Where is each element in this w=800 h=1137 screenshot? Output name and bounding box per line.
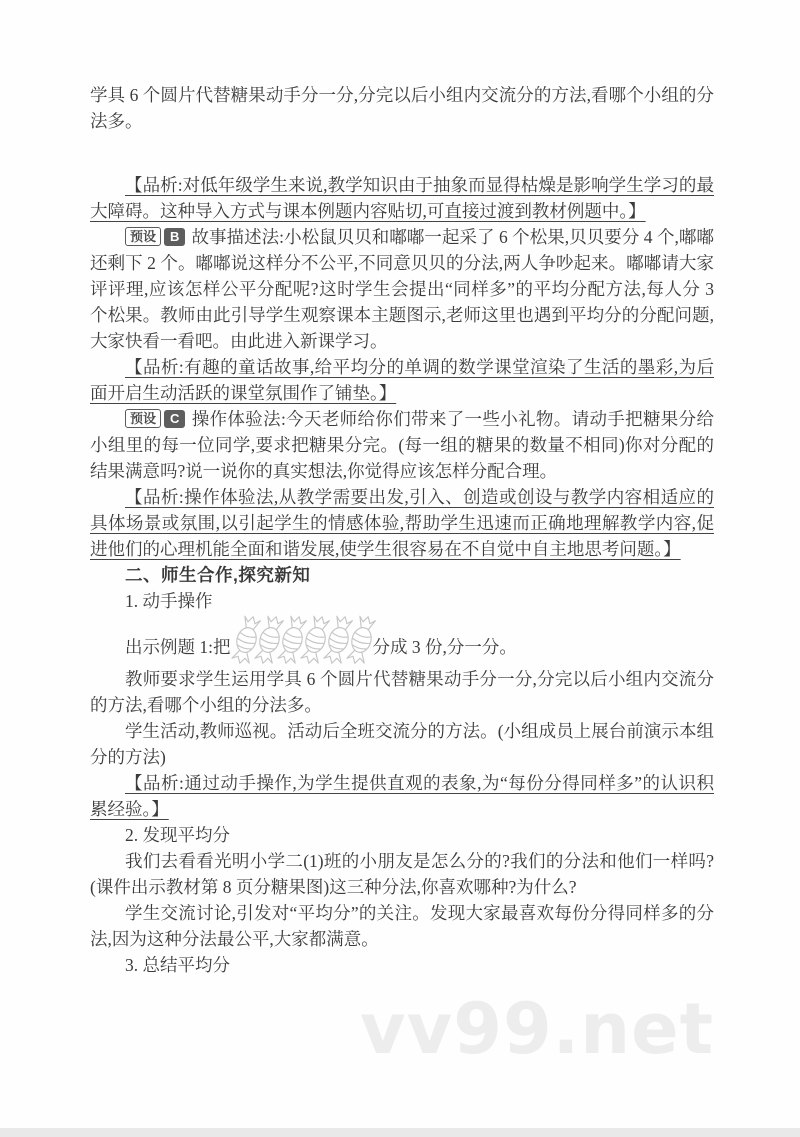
analysis-note-2: 【品析:有趣的童话故事,给平均分的单调的数学课堂渲染了生活的墨彩,为后面开启生动… [90,354,714,406]
preset-c-paragraph: 预设C操作体验法:今天老师给你们带来了一些小礼物。请动手把糖果分给小组里的每一位… [90,406,714,484]
step-3-label: 3. 总结平均分 [90,952,714,978]
student-activity-paragraph: 学生活动,教师巡视。活动后全班交流分的方法。(小组成员上展台前演示本组分的方法) [90,718,714,770]
section-heading-two: 二、师生合作,探究新知 [90,562,714,588]
analysis-note-3: 【品析:操作体验法,从教学需要出发,引入、创造或创设与教学内容相适应的具体场景或… [90,484,714,562]
candy-illustration [233,614,371,666]
step-1-label: 1. 动手操作 [90,588,714,614]
teacher-requirement-paragraph: 教师要求学生运用学具 6 个圆片代替糖果动手分一分,分完以后小组内交流分的方法,… [90,666,714,718]
analysis-note-4: 【品析:通过动手操作,为学生提供直观的表象,为“每份分得同样多”的认识积累经验。… [90,770,714,822]
preset-badge-label: 预设 [125,227,161,246]
preset-c-letter: C [164,410,185,428]
preset-b-paragraph: 预设B故事描述法:小松鼠贝贝和嘟嘟一起采了 6 个松果,贝贝要分 4 个,嘟嘟还… [90,224,714,354]
preset-badge-label: 预设 [125,409,161,428]
watermark: vv99.net [360,988,714,1070]
step-2-label: 2. 发现平均分 [90,822,714,848]
document-page: 学具 6 个圆片代替糖果动手分一分,分完以后小组内交流分的方法,看哪个小组的分法… [0,0,800,1137]
example-1-suffix: 分成 3 份,分一分。 [373,637,517,657]
discover-paragraph: 我们去看看光明小学二(1)班的小朋友是怎么分的?我们的分法和他们一样吗?(课件出… [90,848,714,900]
preset-b-badge: 预设B [125,224,185,250]
example-1-prefix: 出示例题 1:把 [125,637,231,657]
paragraph-intro-continuation: 学具 6 个圆片代替糖果动手分一分,分完以后小组内交流分的方法,看哪个小组的分法… [90,82,714,134]
document-body: 学具 6 个圆片代替糖果动手分一分,分完以后小组内交流分的方法,看哪个小组的分法… [90,82,714,978]
analysis-note-1: 【品析:对低年级学生来说,教学知识由于抽象而显得枯燥是影响学生学习的最大障碍。这… [90,172,714,224]
preset-b-letter: B [164,228,185,246]
example-1-line: 出示例题 1:把分成 3 份,分一分。 [90,614,714,666]
preset-c-badge: 预设C [125,406,185,432]
discussion-paragraph: 学生交流讨论,引发对“平均分”的关注。发现大家最喜欢每份分得同样多的分法,因为这… [90,900,714,952]
page-bottom-edge [0,1128,800,1137]
